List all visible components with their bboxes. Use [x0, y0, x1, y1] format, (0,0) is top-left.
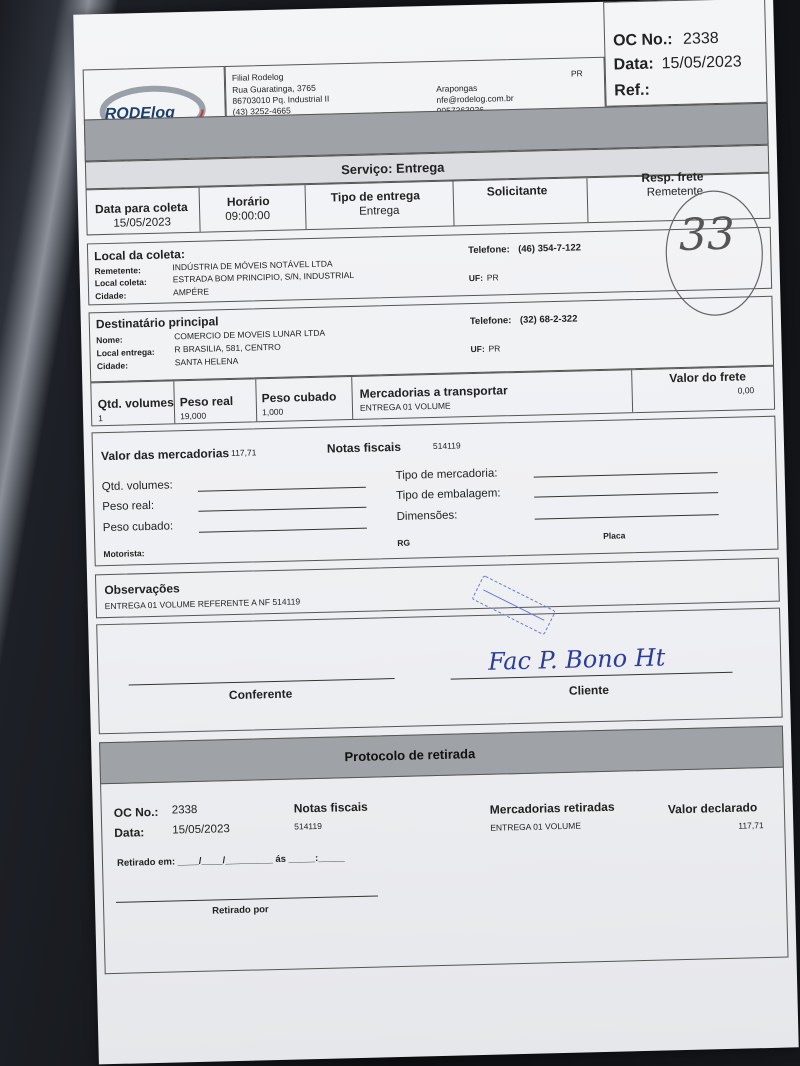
checker-signature-line[interactable]: [129, 678, 395, 685]
protocol-oc-label: OC No.:: [114, 805, 159, 820]
time-value: 09:00:00: [225, 210, 270, 223]
recipient-name-value: COMERCIO DE MOVEIS LUNAR LTDA: [174, 328, 325, 342]
protocol-title: Protocolo de retirada: [344, 746, 475, 764]
notes-title: Observações: [104, 581, 180, 597]
protocol-oc-value: 2338: [172, 804, 198, 817]
recipient-city-label: Cidade:: [97, 360, 128, 371]
freight-order-document: RODElog Filial Rodelog Rua Guaratinga, 3…: [73, 0, 798, 1064]
recipient-phone-value: (32) 68-2-322: [520, 313, 578, 325]
weight-value: 19,000: [180, 411, 206, 422]
cubic-value: 1,000: [262, 407, 284, 418]
pickup-uf-value: PR: [487, 272, 499, 282]
check-goods-type-line[interactable]: [534, 472, 718, 477]
check-qty-line[interactable]: [198, 487, 366, 492]
pickup-phone-value: (46) 354-7-122: [518, 242, 581, 255]
pickup-place-label: Local coleta:: [95, 277, 147, 288]
pickup-phone-label: Telefone:: [468, 244, 510, 256]
check-weight-label: Peso real:: [102, 500, 154, 513]
delivery-type-label: Tipo de entrega: [331, 188, 420, 204]
pickup-title: Local da coleta:: [94, 247, 185, 263]
time-label: Horário: [227, 194, 270, 209]
invoices-label: Notas fiscais: [327, 440, 401, 456]
pickup-date-label: Data para coleta: [95, 200, 188, 216]
oc-value: 2338: [683, 30, 719, 49]
goods-label: Mercadorias a transportar: [359, 383, 507, 401]
goods-value: ENTREGA 01 VOLUME: [360, 401, 451, 413]
service-title: Serviço: Entrega: [341, 160, 445, 178]
company-email: nfe@rodelog.com.br: [436, 93, 513, 105]
check-packaging-label: Tipo de embalagem:: [396, 487, 501, 502]
protocol-goods-value: ENTREGA 01 VOLUME: [490, 821, 581, 833]
cep-district: 86703010 Pq. Industrial II: [232, 93, 329, 105]
qty-value: 1: [98, 413, 103, 423]
notes-text: ENTREGA 01 VOLUME REFERENTE A NF 514119: [105, 596, 301, 611]
withdrawn-on-field[interactable]: Retirado em: ____/____/_________ ás ____…: [117, 852, 345, 869]
protocol-section: OC No.: 2338 Data: 15/05/2023 Notas fisc…: [100, 768, 788, 975]
check-section: Valor das mercadorias 117,71 Notas fisca…: [91, 416, 778, 567]
invoices-value: 514119: [433, 440, 461, 451]
recipient-uf-label: UF:: [470, 344, 484, 354]
cubic-label: Peso cubado: [262, 389, 337, 405]
goods-value: 117,71: [231, 447, 257, 458]
handwritten-number: 33: [678, 209, 735, 261]
client-signature: Fac P. Bono Ht: [488, 643, 666, 675]
protocol-goods-label: Mercadorias retiradas: [490, 800, 615, 817]
protocol-declared-value: 117,71: [738, 820, 764, 831]
protocol-invoices-value: 514119: [294, 821, 322, 832]
check-goods-type-label: Tipo de mercadoria:: [395, 467, 497, 481]
protocol-date-label: Data:: [114, 825, 144, 840]
check-cubic-label: Peso cubado:: [103, 520, 174, 534]
check-packaging-line[interactable]: [534, 492, 718, 497]
recipient-place-label: Local entrega:: [96, 347, 154, 358]
recipient-title: Destinatário principal: [96, 314, 219, 331]
requester-label: Solicitante: [487, 183, 548, 198]
protocol-declared-label: Valor declarado: [668, 800, 758, 816]
pickup-city-value: AMPÉRE: [173, 286, 209, 297]
recipient-phone-label: Telefone:: [470, 315, 512, 327]
recipient-uf-value: PR: [488, 343, 500, 353]
check-dimensions-label: Dimensões:: [396, 509, 457, 522]
client-label: Cliente: [569, 683, 609, 698]
recipient-place-value: R BRASILIA, 581, CENTRO: [174, 342, 281, 355]
weight-label: Peso real: [180, 394, 234, 409]
branch-name: Filial Rodelog: [232, 72, 284, 83]
freight-label: Valor do frete: [669, 369, 746, 385]
signatures-section: Conferente Cliente Fac P. Bono Ht: [96, 608, 782, 735]
pickup-uf-label: UF:: [469, 273, 483, 283]
sender-label: Remetente:: [94, 265, 141, 276]
check-qty-label: Qtd. volumes:: [102, 479, 173, 493]
date-label: Data:: [613, 56, 653, 75]
check-weight-line[interactable]: [198, 507, 366, 512]
company-state: PR: [571, 68, 583, 78]
freight-value: 0,00: [738, 385, 755, 395]
withdrawn-by-label: Retirado por: [212, 904, 269, 916]
protocol-date-value: 15/05/2023: [172, 823, 230, 836]
qty-label: Qtd. volumes: [98, 395, 174, 411]
driver-label: Motorista:: [103, 548, 144, 559]
rg-label: RG: [397, 538, 410, 548]
oc-label: OC No.:: [613, 31, 673, 50]
date-value: 15/05/2023: [661, 53, 741, 73]
order-id-box: OC No.: 2338 Data: 15/05/2023 Ref.:: [603, 0, 768, 107]
check-dimensions-line[interactable]: [535, 514, 719, 519]
pickup-place-value: ESTRADA BOM PRINCIPIO, S/N, INDUSTRIAL: [173, 270, 355, 284]
ref-label: Ref.:: [614, 82, 650, 101]
recipient-name-label: Nome:: [96, 335, 123, 346]
checker-label: Conferente: [229, 687, 293, 703]
street: Rua Guaratinga, 3765: [232, 83, 316, 95]
check-cubic-line[interactable]: [199, 528, 367, 533]
pickup-city-label: Cidade:: [95, 290, 126, 301]
protocol-invoices-label: Notas fiscais: [294, 800, 368, 816]
recipient-city-value: SANTA HELENA: [175, 356, 239, 368]
stamp-icon: [457, 573, 569, 646]
plate-label: Placa: [603, 530, 625, 541]
withdrawn-by-line[interactable]: [116, 896, 378, 903]
delivery-type-value: Entrega: [359, 205, 400, 218]
company-city: Arapongas: [436, 83, 477, 94]
freight-resp-label: Resp. frete: [641, 169, 703, 185]
goods-value-label: Valor das mercadorias: [101, 446, 229, 463]
pickup-date-value: 15/05/2023: [113, 216, 171, 229]
